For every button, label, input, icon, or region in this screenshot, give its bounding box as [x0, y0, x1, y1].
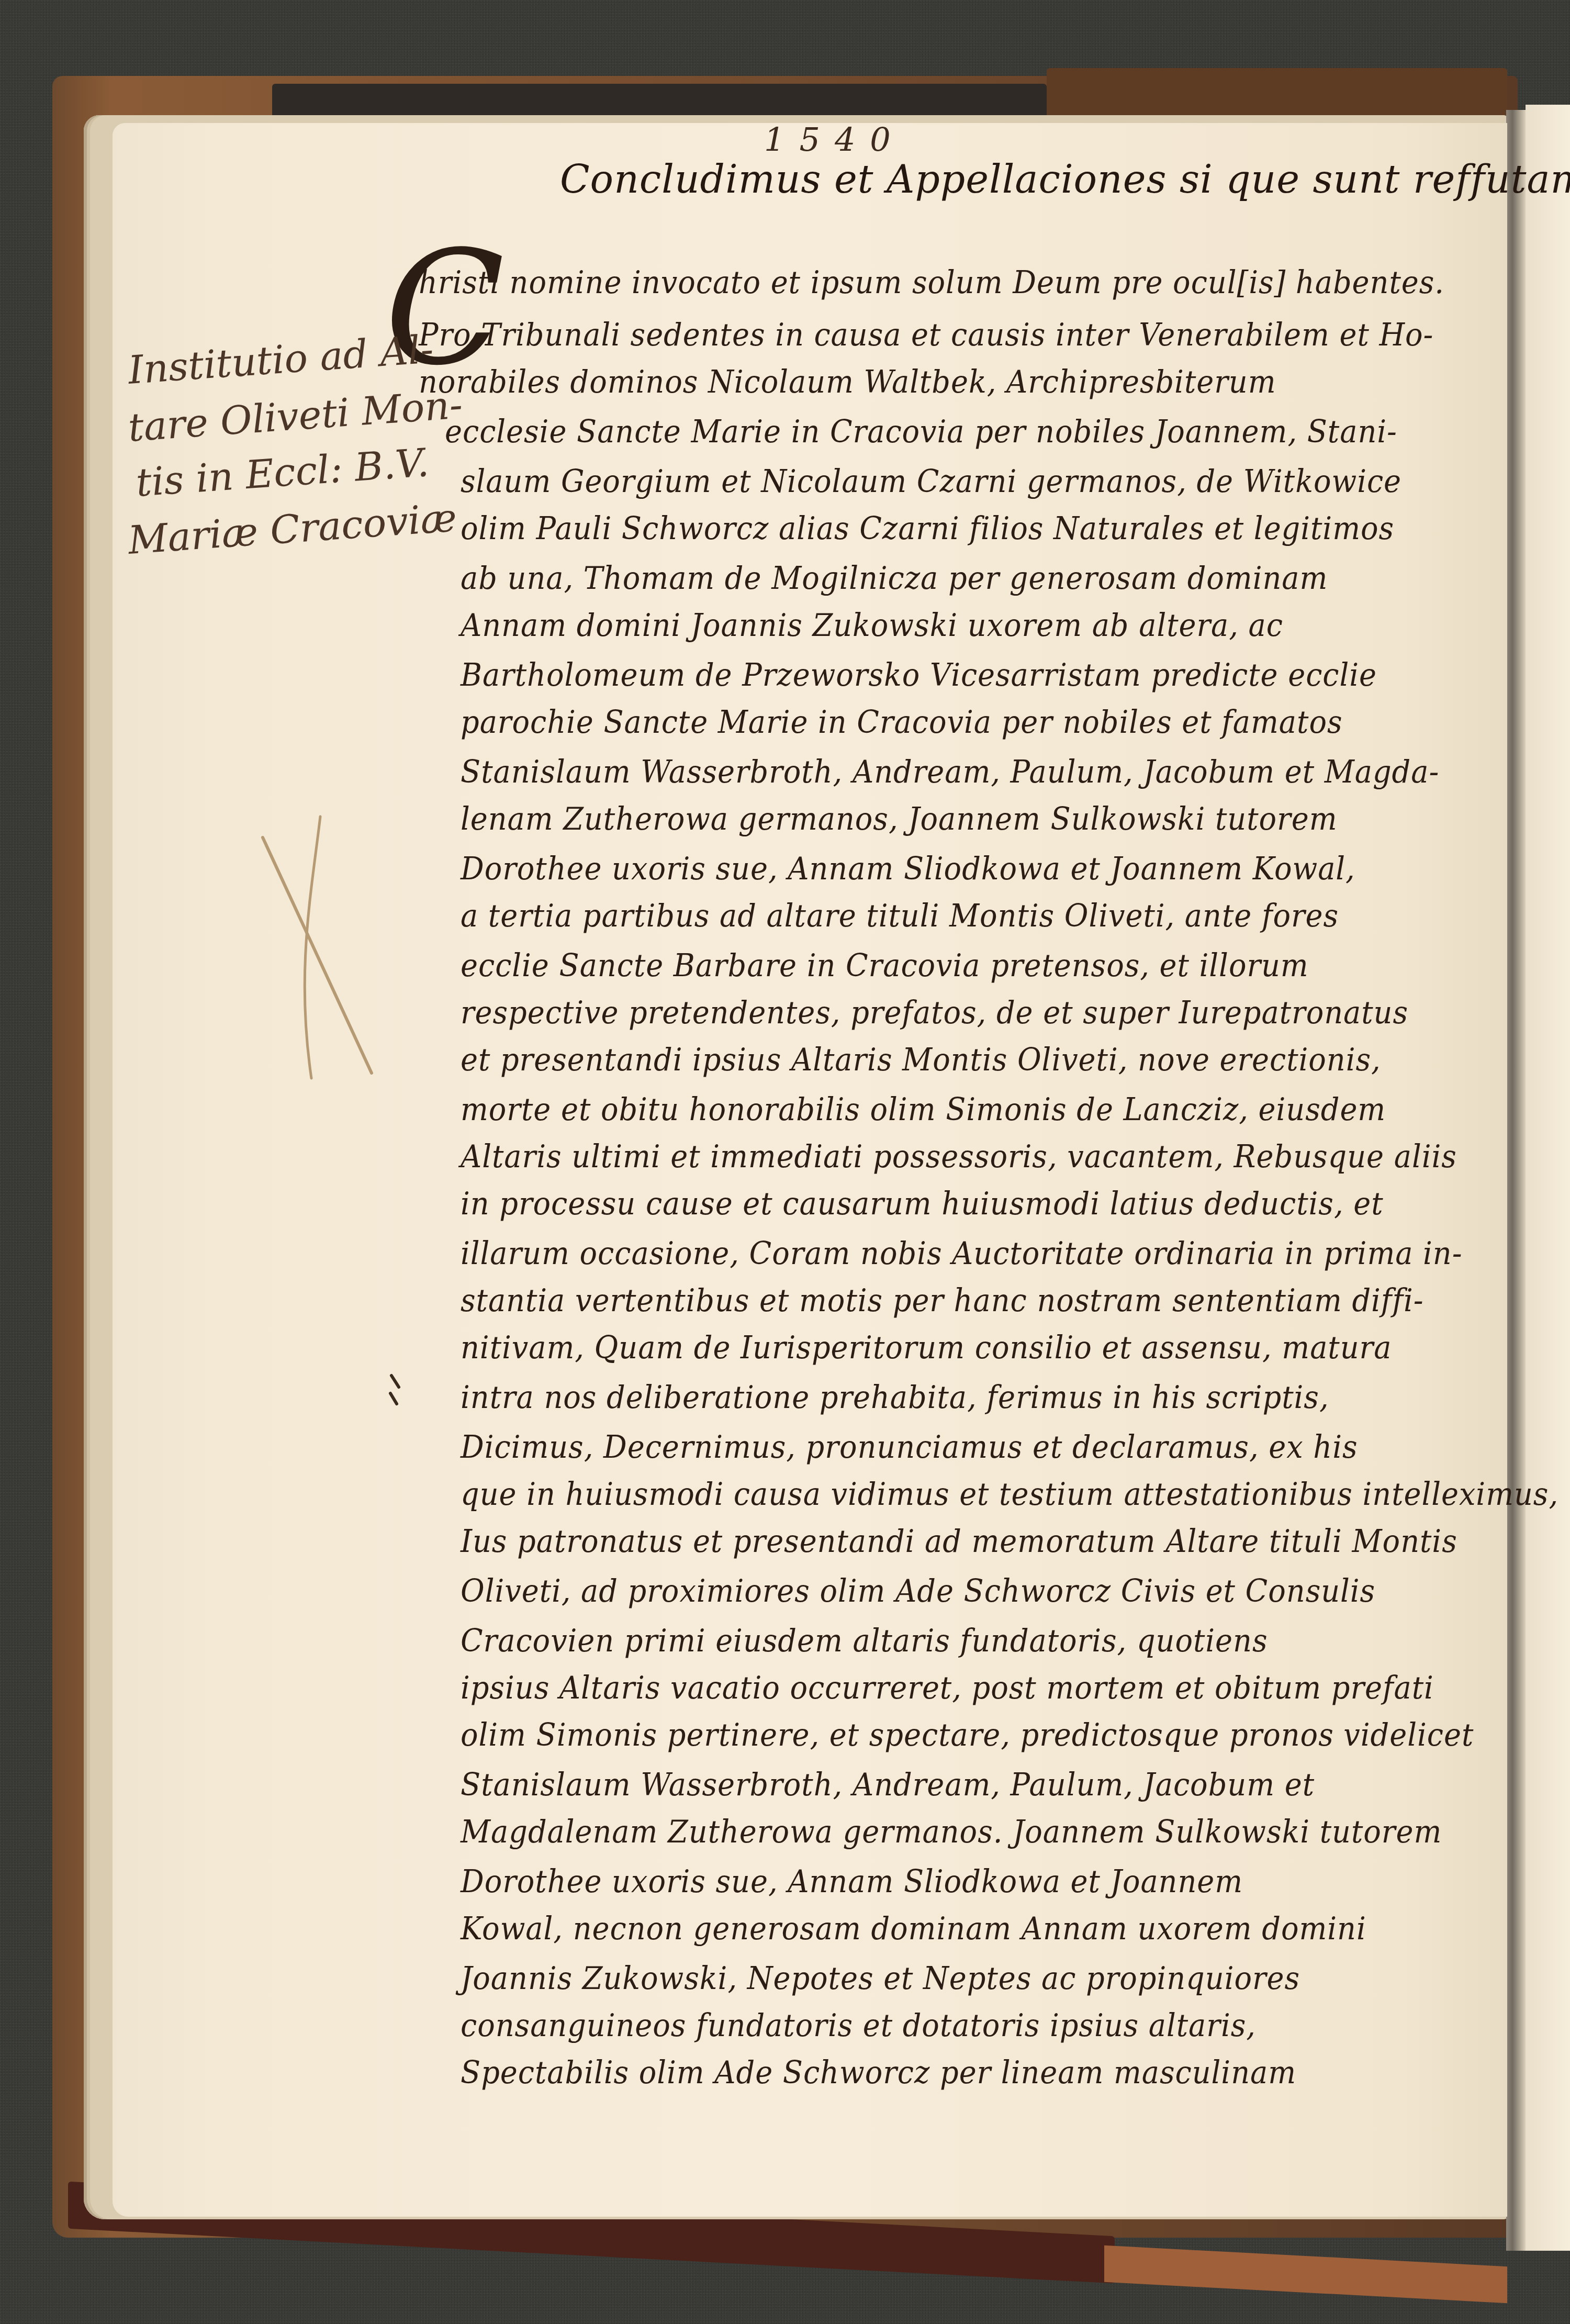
- gutter-shadow: [1506, 110, 1527, 2251]
- facing-page-edge: [1526, 105, 1570, 2251]
- text-line: parochie Sancte Marie in Cracovia per no…: [461, 704, 1342, 741]
- page-heading: Concludimus et Appellaciones si que sunt…: [560, 157, 1570, 202]
- text-line: stantia vertentibus et motis per hanc no…: [461, 1282, 1424, 1319]
- binding-bottom-leather: [1104, 2245, 1507, 2303]
- text-line: consanguineos fundatoris et dotatoris ip…: [461, 2007, 1256, 2044]
- text-line: Pro Tribunali sedentes in causa et causi…: [419, 317, 1433, 353]
- text-line: Magdalenam Zutherowa germanos. Joannem S…: [461, 1814, 1442, 1850]
- text-line: ipsius Altaris vacatio occurreret, post …: [461, 1670, 1434, 1706]
- text-line: olim Pauli Schworcz alias Czarni filios …: [461, 510, 1394, 547]
- text-line: intra nos deliberatione prehabita, ferim…: [461, 1379, 1329, 1416]
- text-line: slaum Georgium et Nicolaum Czarni german…: [461, 463, 1401, 500]
- text-line: Annam domini Joannis Zukowski uxorem ab …: [461, 607, 1283, 644]
- text-line: Oliveti, ad proximiores olim Ade Schworc…: [461, 1573, 1375, 1610]
- text-line: respective pretendentes, prefatos, de et…: [461, 995, 1408, 1031]
- text-line: Dorothee uxoris sue, Annam Sliodkowa et …: [461, 1863, 1243, 1900]
- text-line: lenam Zutherowa germanos, Joannem Sulkow…: [461, 801, 1337, 837]
- text-line: illarum occasione, Coram nobis Auctorita…: [461, 1235, 1463, 1272]
- text-line: que in huiusmodi causa vidimus et testiu…: [461, 1476, 1558, 1513]
- text-line: Spectabilis olim Ade Schworcz per lineam…: [461, 2054, 1296, 2091]
- text-line: ab una, Thomam de Mogilnicza per generos…: [461, 560, 1328, 597]
- text-line: hristi nomine invocato et ipsum solum De…: [419, 264, 1444, 301]
- text-line: in processu cause et causarum huiusmodi …: [461, 1186, 1384, 1222]
- year-header: 1540: [764, 120, 905, 159]
- text-line: olim Simonis pertinere, et spectare, pre…: [461, 1717, 1474, 1753]
- text-line: Stanislaum Wasserbroth, Andream, Paulum,…: [461, 1767, 1315, 1803]
- text-line: ecclesie Sancte Marie in Cracovia per no…: [445, 414, 1397, 450]
- text-line: Altaris ultimi et immediati possessoris,…: [461, 1138, 1457, 1175]
- text-line: nitivam, Quam de Iurisperitorum consilio…: [461, 1329, 1392, 1366]
- text-line: Kowal, necnon generosam dominam Annam ux…: [461, 1910, 1366, 1947]
- text-line: morte et obitu honorabilis olim Simonis …: [461, 1091, 1386, 1128]
- text-line: Cracovien primi eiusdem altaris fundator…: [461, 1623, 1268, 1659]
- text-line: Bartholomeum de Przeworsko Vicesarristam…: [461, 657, 1377, 694]
- text-line: Dorothee uxoris sue, Annam Sliodkowa et …: [461, 851, 1355, 887]
- text-line: Ius patronatus et presentandi ad memorat…: [461, 1523, 1457, 1560]
- pencil-x-mark: [256, 814, 377, 1081]
- text-line: Stanislaum Wasserbroth, Andream, Paulum,…: [461, 754, 1439, 790]
- text-line: et presentandi ipsius Altaris Montis Oli…: [461, 1042, 1381, 1078]
- text-line: Joannis Zukowski, Nepotes et Neptes ac p…: [461, 1960, 1300, 1997]
- text-line: Dicimus, Decernimus, pronunciamus et dec…: [461, 1429, 1358, 1466]
- text-line: ecclie Sancte Barbare in Cracovia preten…: [461, 947, 1309, 984]
- text-line: norabiles dominos Nicolaum Waltbek, Arch…: [419, 364, 1276, 400]
- marginal-ink-mark: [387, 1371, 403, 1408]
- text-line: a tertia partibus ad altare tituli Monti…: [461, 898, 1339, 934]
